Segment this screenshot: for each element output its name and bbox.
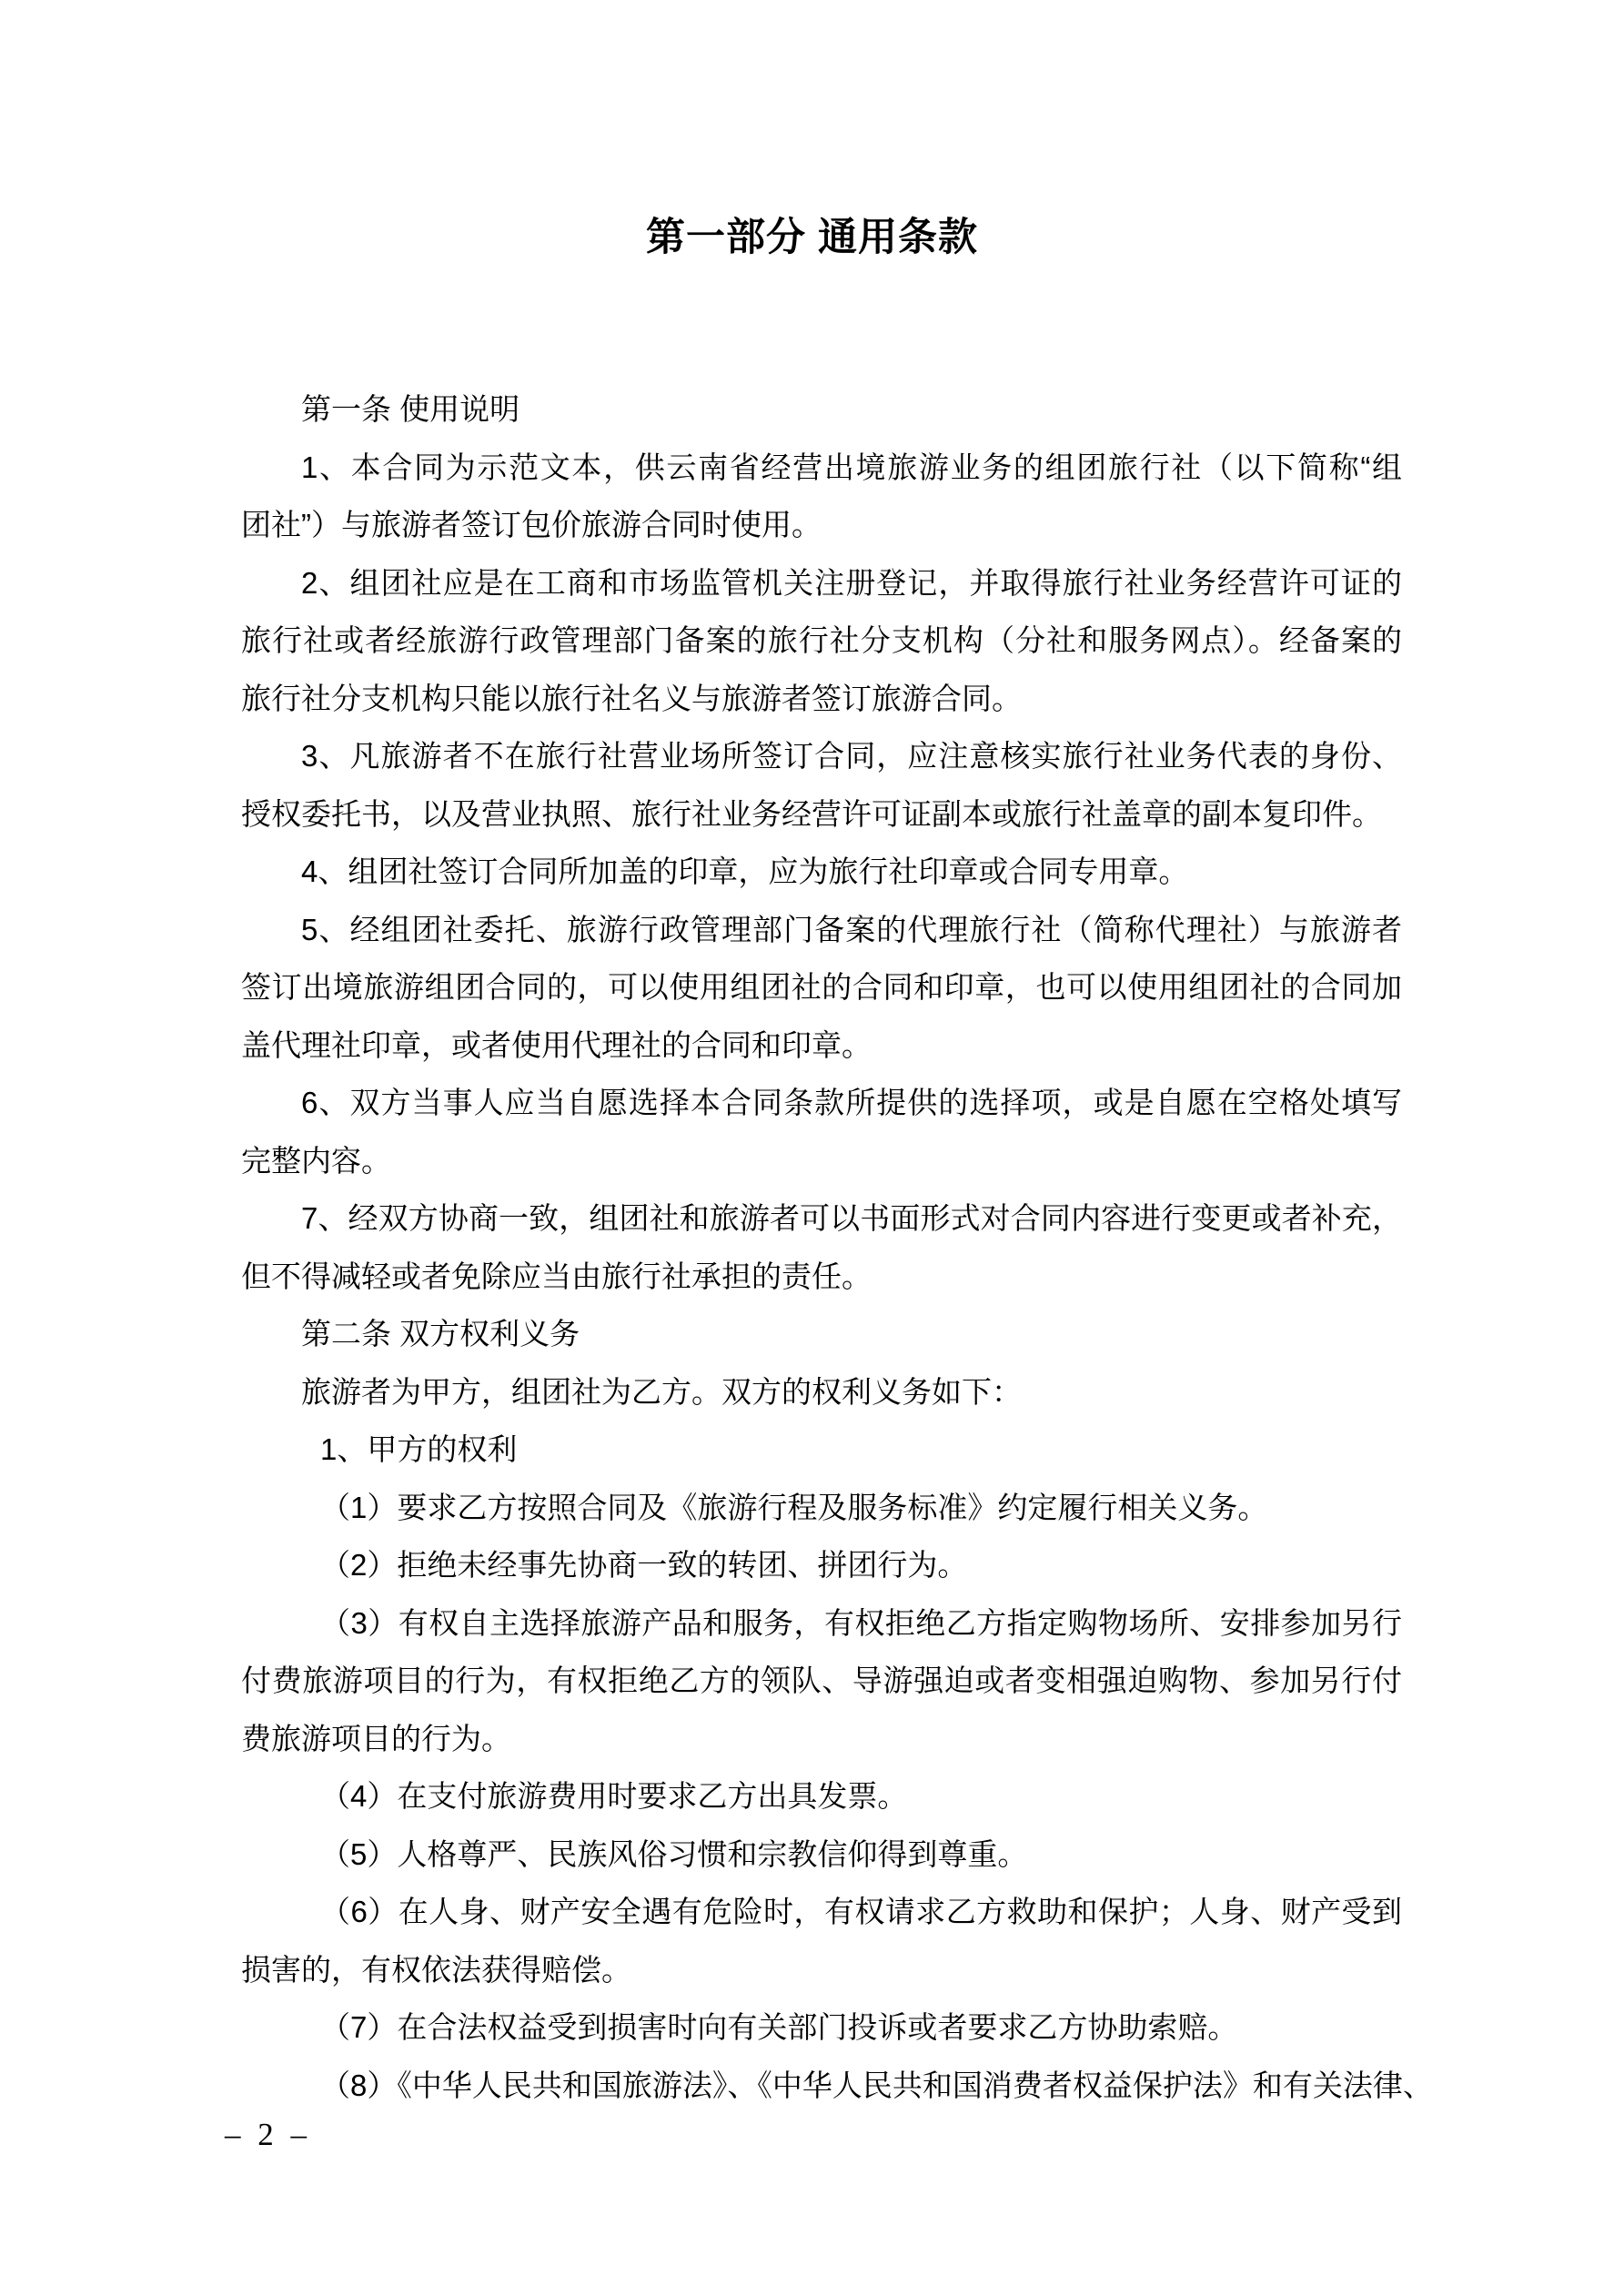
body-text-line: 授权委托书，以及营业执照、旅行社业务经营许可证副本或旅行社盖章的副本复印件。 <box>241 785 1402 844</box>
body-text-line: 旅行社或者经旅游行政管理部门备案的旅行社分支机构（分社和服务网点）。经备案的 <box>241 612 1402 670</box>
body-text-line: 5、经组团社委托、旅游行政管理部门备案的代理旅行社（简称代理社）与旅游者 <box>241 901 1402 959</box>
body-text-line: 7、经双方协商一致，组团社和旅游者可以书面形式对合同内容进行变更或者补充， <box>241 1189 1402 1248</box>
body-text-line: 旅行社分支机构只能以旅行社名义与旅游者签订旅游合同。 <box>241 670 1402 728</box>
body-text-line: 但不得减轻或者免除应当由旅行社承担的责任。 <box>241 1248 1402 1306</box>
body-text-line: 签订出境旅游组团合同的，可以使用组团社的合同和印章，也可以使用组团社的合同加 <box>241 958 1402 1017</box>
body-text-line: （8）《中华人民共和国旅游法》、《中华人民共和国消费者权益保护法》和有关法律、 <box>241 2057 1402 2115</box>
body-text-line: 1、本合同为示范文本，供云南省经营出境旅游业务的组团旅行社（以下简称“组 <box>241 439 1402 497</box>
body-text-line: （5）人格尊严、民族风俗习惯和宗教信仰得到尊重。 <box>241 1826 1402 1884</box>
body-text-line: （4）在支付旅游费用时要求乙方出具发票。 <box>241 1767 1402 1826</box>
body-text-line: 6、双方当事人应当自愿选择本合同条款所提供的选择项，或是自愿在空格处填写 <box>241 1074 1402 1132</box>
body-text-line: （7）在合法权益受到损害时向有关部门投诉或者要求乙方协助索赔。 <box>241 1998 1402 2057</box>
document-body: 第一条 使用说明 1、本合同为示范文本，供云南省经营出境旅游业务的组团旅行社（以… <box>241 380 1402 2114</box>
body-text-line: 付费旅游项目的行为，有权拒绝乙方的领队、导游强迫或者变相强迫购物、参加另行付 <box>241 1652 1402 1710</box>
body-text-line: 完整内容。 <box>241 1132 1402 1190</box>
article-heading-line: 第二条 双方权利义务 <box>241 1305 1402 1363</box>
body-text-line: （1）要求乙方按照合同及《旅游行程及服务标准》约定履行相关义务。 <box>241 1479 1402 1537</box>
body-text-line: 1、甲方的权利 <box>241 1421 1402 1479</box>
body-text-line: （3）有权自主选择旅游产品和服务，有权拒绝乙方指定购物场所、安排参加另行 <box>241 1594 1402 1653</box>
document-title: 第一部分 通用条款 <box>0 216 1624 260</box>
body-text-line: （2）拒绝未经事先协商一致的转团、拼团行为。 <box>241 1536 1402 1594</box>
body-text-line: 2、组团社应是在工商和市场监管机关注册登记，并取得旅行社业务经营许可证的 <box>241 554 1402 612</box>
body-text-line: 盖代理社印章，或者使用代理社的合同和印章。 <box>241 1017 1402 1075</box>
body-text-line: （6）在人身、财产安全遇有危险时，有权请求乙方救助和保护；人身、财产受到 <box>241 1883 1402 1941</box>
page-number: – 2 – <box>225 2118 311 2153</box>
body-text-line: 3、凡旅游者不在旅行社营业场所签订合同，应注意核实旅行社业务代表的身份、 <box>241 727 1402 785</box>
body-text-line: 损害的，有权依法获得赔偿。 <box>241 1941 1402 1999</box>
document-page: 第一部分 通用条款 第一条 使用说明 1、本合同为示范文本，供云南省经营出境旅游… <box>0 0 1624 2296</box>
body-text-line: 团社”）与旅游者签订包价旅游合同时使用。 <box>241 496 1402 554</box>
article-heading-line: 第一条 使用说明 <box>241 380 1402 439</box>
body-text-line: 旅游者为甲方，组团社为乙方。双方的权利义务如下： <box>241 1363 1402 1421</box>
body-text-line: 4、组团社签订合同所加盖的印章，应为旅行社印章或合同专用章。 <box>241 843 1402 901</box>
body-text-line: 费旅游项目的行为。 <box>241 1710 1402 1768</box>
